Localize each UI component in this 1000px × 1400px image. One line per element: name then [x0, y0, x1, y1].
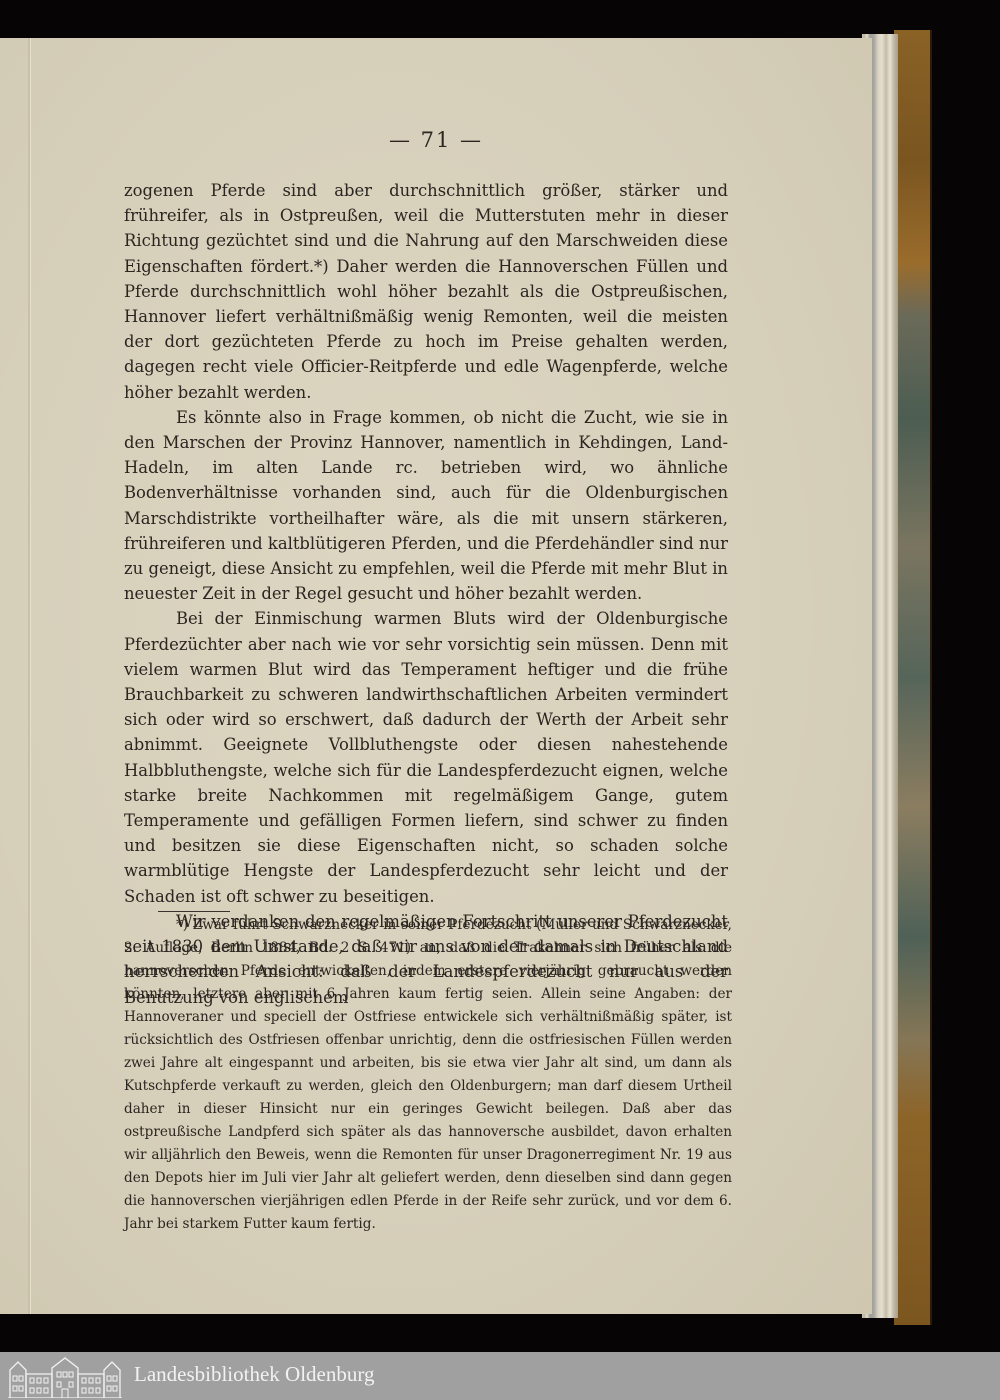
- book-cover-edge: [894, 30, 932, 1325]
- page-gutter: [28, 38, 30, 1314]
- institution-name: Landesbibliothek Oldenburg: [134, 1362, 375, 1387]
- paragraph: Bei der Einmischung warmen Bluts wird de…: [124, 606, 728, 908]
- footnote: *) Zwar führt Schwarznecker in seiner Pf…: [124, 914, 732, 1236]
- library-building-icon: [8, 1356, 122, 1398]
- paragraph: zogenen Pferde sind aber durchschnittlic…: [124, 178, 728, 405]
- body-text: zogenen Pferde sind aber durchschnittlic…: [124, 178, 728, 1010]
- page-number: — 71 —: [0, 128, 872, 152]
- paragraph: Es könnte also in Frage kommen, ob nicht…: [124, 405, 728, 607]
- footnote-divider: [158, 911, 230, 912]
- scan-area: — 71 — zogenen Pferde sind aber durchsch…: [0, 0, 1000, 1352]
- footer-bar: Landesbibliothek Oldenburg: [0, 1352, 1000, 1400]
